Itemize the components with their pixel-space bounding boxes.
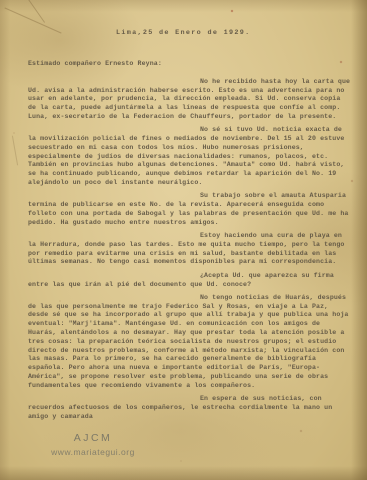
letter-paragraph: No he recibido hasta hoy la carta que Ud… [28, 78, 352, 122]
letter-paragraph: ¿Acepta Ud. que aparezca su firma entre … [28, 272, 352, 290]
letter-paragraph: No tengo noticias de Huarás, después de … [28, 294, 352, 391]
letter-closing: En espera de sus noticias, con recuerdos… [28, 395, 352, 421]
letter-paragraph: Estoy haciendo una cura de playa en la H… [28, 232, 352, 267]
watermark-initials: AJCM [36, 432, 150, 444]
letter-paragraph: Su trabajo sobre el amauta Atusparia ter… [28, 192, 352, 227]
archive-watermark: AJCM www.mariategui.org [36, 432, 150, 457]
letter-dateline: Lima,25 de Enero de 1929. [116, 29, 250, 37]
watermark-url: www.mariategui.org [36, 447, 150, 457]
letter-body: Estimado compañero Ernesto Reyna: No he … [28, 60, 352, 426]
letter-salutation: Estimado compañero Ernesto Reyna: [28, 60, 352, 69]
letter-paragraph: No sé si tuvo Ud. noticia exacta de la m… [28, 126, 352, 188]
